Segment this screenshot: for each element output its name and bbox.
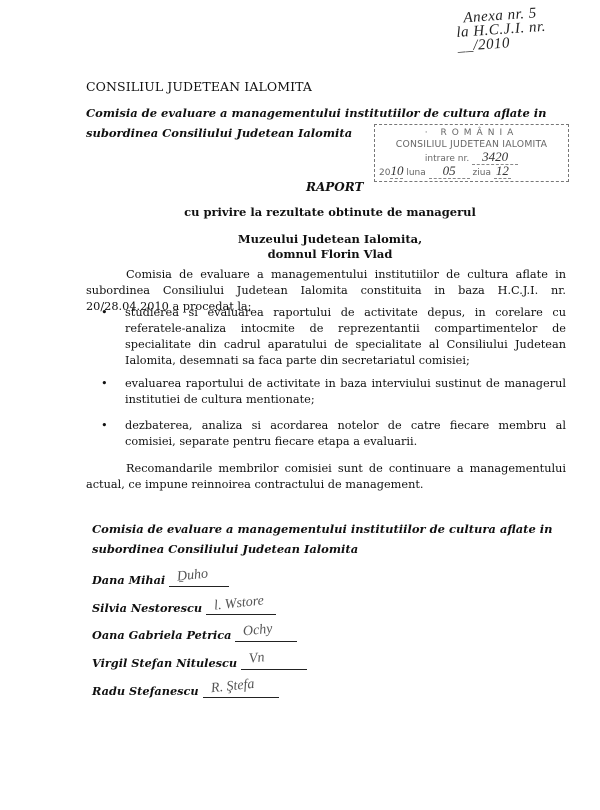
report-title: RAPORT xyxy=(306,180,363,194)
member-name: Virgil Stefan Nitulescu xyxy=(92,656,237,670)
stamp-date: 2010 luna 05 ziua 12 xyxy=(375,165,568,179)
signature-line: Vn xyxy=(241,655,307,670)
bullet-icon: • xyxy=(101,418,108,434)
report-subtitle: cu privire la rezultate obtinute de mana… xyxy=(150,205,510,219)
bullet-item: • evaluarea raportului de activitate in … xyxy=(125,376,566,408)
member-name: Dana Mihai xyxy=(92,573,165,587)
handwritten-signature: l. Wstore xyxy=(213,593,264,614)
signature-row: Dana Mihai Ḏuho xyxy=(92,572,229,587)
commission-heading-line1: Comisia de evaluare a managementului ins… xyxy=(86,103,547,123)
stamp-country: · ROMÂNIA xyxy=(375,127,568,139)
member-name: Silvia Nestorescu xyxy=(92,601,202,615)
signature-line: Ochy xyxy=(235,627,297,642)
annex-note: Anexa nr. 5 la H.C.J.I. nr. __/2010 xyxy=(455,2,600,54)
handwritten-signature: R. Ştefa xyxy=(210,677,255,697)
council-heading: CONSILIUL JUDETEAN IALOMITA xyxy=(86,79,312,94)
handwritten-signature: Ḏuho xyxy=(176,566,209,585)
member-name: Oana Gabriela Petrica xyxy=(92,628,232,642)
bullet-icon: • xyxy=(101,305,108,321)
bullet-icon: • xyxy=(101,376,108,392)
signature-row: Oana Gabriela Petrica Ochy xyxy=(92,627,297,642)
report-manager: domnul Florin Vlad xyxy=(150,247,510,261)
report-institution: Muzeului Judetean Ialomita, xyxy=(150,232,510,246)
signature-line: Ḏuho xyxy=(169,572,229,587)
signature-row: Silvia Nestorescu l. Wstore xyxy=(92,600,276,615)
handwritten-signature: Vn xyxy=(248,650,265,668)
signature-row: Radu Stefanescu R. Ştefa xyxy=(92,683,279,698)
signature-row: Virgil Stefan Nitulescu Vn xyxy=(92,655,307,670)
recommendation-paragraph: Recomandarile membrilor comisiei sunt de… xyxy=(86,461,566,493)
handwritten-signature: Ochy xyxy=(243,621,274,640)
signature-heading-line1: Comisia de evaluare a managementului ins… xyxy=(92,519,553,539)
signature-line: l. Wstore xyxy=(206,600,276,615)
bullet-item: • dezbaterea, analiza si acordarea notel… xyxy=(125,418,566,450)
member-name: Radu Stefanescu xyxy=(92,684,199,698)
registration-stamp: · ROMÂNIA CONSILIUL JUDETEAN IALOMITA in… xyxy=(374,124,569,182)
signature-heading-line2: subordinea Consiliului Judetean Ialomita xyxy=(92,539,553,559)
bullet-item: • studierea si evaluarea raportului de a… xyxy=(125,305,566,369)
signature-line: R. Ştefa xyxy=(203,683,279,698)
signature-block-heading: Comisia de evaluare a managementului ins… xyxy=(92,519,553,559)
stamp-entry: intrare nr. 3420 xyxy=(375,151,568,165)
